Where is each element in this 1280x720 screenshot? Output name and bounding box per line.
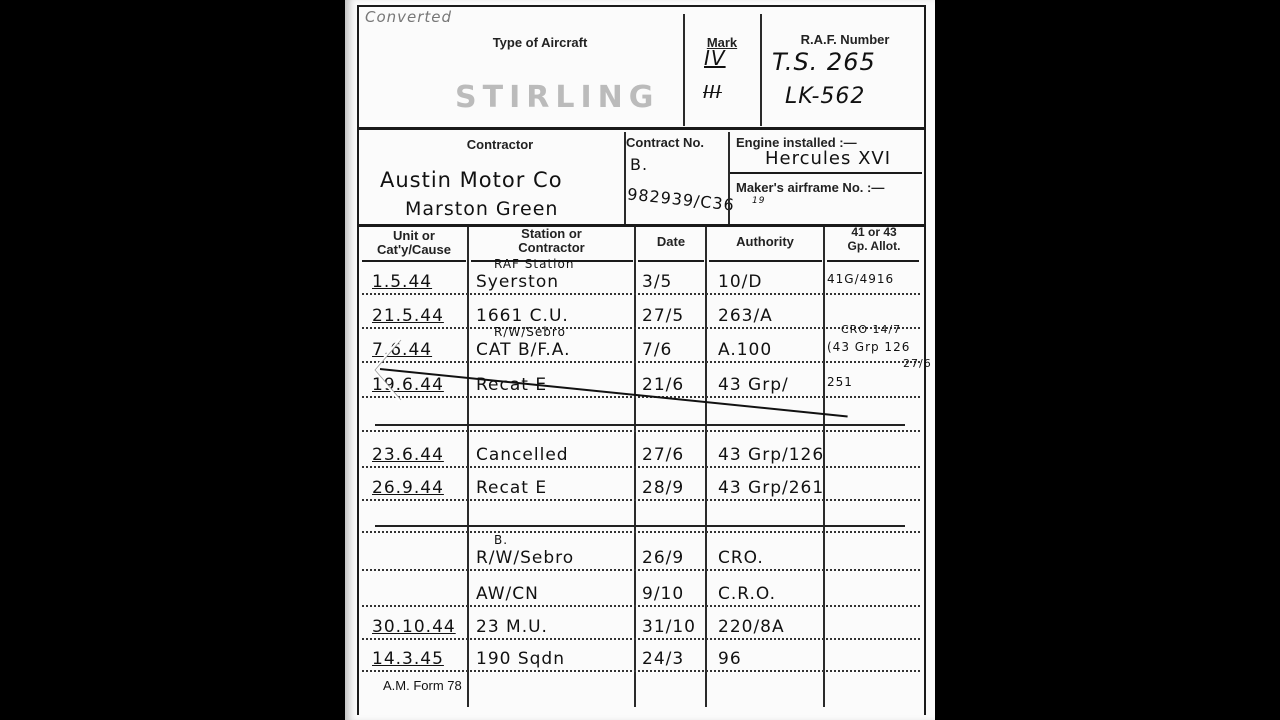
type-of-aircraft-value: STIRLING [455, 80, 659, 115]
contract-no-superscript: 19 [752, 196, 765, 206]
row-rule [362, 605, 920, 607]
cell-station: 23 M.U. [476, 617, 548, 637]
column-header-unit: Unit or Cat'y/Cause [362, 229, 466, 257]
row-rule [362, 293, 920, 295]
cell-unit: 30.10.44 [372, 617, 456, 637]
cell-station: 190 Sqdn [476, 649, 565, 669]
cell-date: 27/5 [642, 306, 684, 326]
form-number-label: A.M. Form 78 [383, 679, 493, 693]
cell-unit: 26.9.44 [372, 478, 444, 498]
form-border-top [357, 5, 925, 7]
row-cancel-rule [375, 525, 905, 527]
header-line: Unit or [362, 229, 466, 243]
divider [730, 172, 922, 174]
cell-group-note: CRO 14/7 [841, 323, 901, 336]
cell-station-note: RAF Station [494, 257, 574, 271]
header-underline [709, 260, 822, 262]
cell-date: 21/6 [642, 375, 684, 395]
header-line: Contractor [470, 241, 633, 255]
cell-station: Syerston [476, 272, 559, 292]
section-divider [359, 127, 925, 130]
row-rule [362, 499, 920, 501]
cell-station: R/W/Sebro [476, 548, 574, 568]
cell-date: 24/3 [642, 649, 684, 669]
row-rule [362, 361, 920, 363]
mark-value-2: III [703, 82, 722, 103]
cell-authority: 10/D [718, 272, 762, 292]
cell-station-note: R/W/Sebro [494, 325, 566, 339]
divider [760, 14, 762, 126]
row-rule [362, 670, 920, 672]
chevron-left-icon [368, 335, 408, 405]
contract-no-label: Contract No. [626, 136, 726, 150]
cell-date: 3/5 [642, 272, 672, 292]
cell-unit: 14.3.45 [372, 649, 444, 669]
header-underline [362, 260, 466, 262]
header-underline [827, 260, 919, 262]
raf-number-value-1: T.S. 265 [772, 48, 876, 76]
row-rule [362, 430, 920, 432]
form-border-left [357, 5, 359, 715]
column-header-group: 41 or 43 Gp. Allot. [826, 225, 922, 253]
header-line: Gp. Allot. [826, 239, 922, 253]
cell-date: 7/6 [642, 340, 672, 360]
cell-station: 1661 C.U. [476, 306, 569, 326]
cell-group-extra: 27/6 [903, 357, 932, 370]
row-rule [362, 569, 920, 571]
cell-date: 27/6 [642, 445, 684, 465]
cell-authority: 43 Grp/ [718, 375, 789, 395]
engine-installed-value: Hercules XVI [765, 148, 891, 169]
column-header-station: Station or Contractor [470, 227, 633, 255]
cell-station: Cancelled [476, 445, 569, 465]
cell-station-note: B. [494, 533, 508, 547]
column-header-authority: Authority [708, 235, 822, 249]
cell-authority: 43 Grp/261 [718, 478, 824, 498]
cell-station: CAT B/F.A. [476, 340, 571, 360]
type-of-aircraft-label: Type of Aircraft [440, 36, 640, 50]
row-rule [362, 531, 920, 533]
contractor-value-line1: Austin Motor Co [380, 168, 563, 192]
divider [683, 14, 685, 126]
header-line: 41 or 43 [826, 225, 922, 239]
contractor-label: Contractor [400, 138, 600, 152]
cell-authority: 96 [718, 649, 742, 669]
cell-authority: 263/A [718, 306, 773, 326]
cell-authority: 43 Grp/126 [718, 445, 824, 465]
header-line: Station or [470, 227, 633, 241]
cell-date: 26/9 [642, 548, 684, 568]
raf-number-value-2: LK-562 [785, 84, 865, 109]
column-header-date: Date [637, 235, 705, 249]
row-rule [362, 466, 920, 468]
mark-value-1: IV [704, 46, 726, 70]
header-underline [638, 260, 704, 262]
cell-group: 41G/4916 [827, 272, 894, 286]
cell-unit: 23.6.44 [372, 445, 444, 465]
cell-authority: 220/8A [718, 617, 785, 637]
row-rule [362, 327, 920, 329]
divider [728, 132, 730, 224]
converted-annotation: Converted [365, 8, 452, 26]
header-line: Cat'y/Cause [362, 243, 466, 257]
cell-authority: C.R.O. [718, 584, 776, 604]
cell-authority: A.100 [718, 340, 772, 360]
cell-authority: CRO. [718, 548, 764, 568]
row-rule [362, 638, 920, 640]
cell-date: 31/10 [642, 617, 696, 637]
makers-airframe-label: Maker's airframe No. :— [736, 181, 921, 195]
contractor-value-line2: Marston Green [405, 198, 558, 220]
cell-group: (43 Grp 126 [827, 340, 910, 354]
previous-page-button[interactable] [368, 335, 408, 405]
contract-no-value-1: B. [630, 155, 648, 174]
cell-station: Recat E [476, 478, 547, 498]
row-cancel-rule [375, 424, 905, 426]
cell-date: 9/10 [642, 584, 684, 604]
cell-date: 28/9 [642, 478, 684, 498]
cell-unit: 1.5.44 [372, 272, 432, 292]
cell-unit: 21.5.44 [372, 306, 444, 326]
raf-number-label: R.A.F. Number [770, 33, 920, 47]
cell-group: 251 [827, 375, 853, 389]
cell-station: AW/CN [476, 584, 539, 604]
